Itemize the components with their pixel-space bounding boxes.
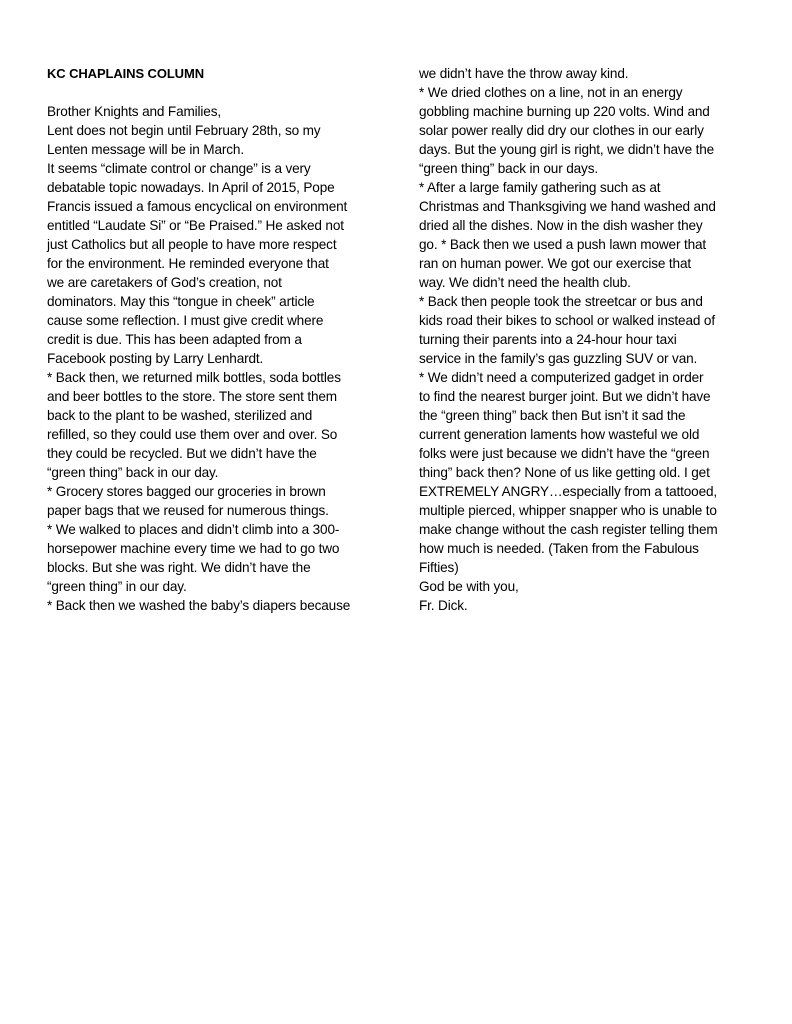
text-line: It seems “climate control or change” is … bbox=[47, 159, 377, 178]
text-line: * We dried clothes on a line, not in an … bbox=[419, 83, 759, 102]
text-line: Christmas and Thanksgiving we hand washe… bbox=[419, 197, 759, 216]
text-line: * Grocery stores bagged our groceries in… bbox=[47, 482, 377, 501]
text-line: Fifties) bbox=[419, 558, 759, 577]
signature: Fr. Dick. bbox=[419, 596, 759, 615]
text-line: * We didn’t need a computerized gadget i… bbox=[419, 368, 759, 387]
text-line: horsepower machine every time we had to … bbox=[47, 539, 377, 558]
text-line: * Back then, we returned milk bottles, s… bbox=[47, 368, 377, 387]
text-line: they could be recycled. But we didn’t ha… bbox=[47, 444, 377, 463]
text-line: and beer bottles to the store. The store… bbox=[47, 387, 377, 406]
text-line: go. * Back then we used a push lawn mowe… bbox=[419, 235, 759, 254]
text-line: for the environment. He reminded everyon… bbox=[47, 254, 377, 273]
text-line: back to the plant to be washed, steriliz… bbox=[47, 406, 377, 425]
text-line: we didn’t have the throw away kind. bbox=[419, 64, 759, 83]
text-line: just Catholics but all people to have mo… bbox=[47, 235, 377, 254]
title-spacer bbox=[47, 83, 377, 102]
right-column: we didn’t have the throw away kind. * We… bbox=[419, 64, 759, 615]
text-line: dried all the dishes. Now in the dish wa… bbox=[419, 216, 759, 235]
text-line: “green thing” in our day. bbox=[47, 577, 377, 596]
text-line: we are caretakers of God’s creation, not bbox=[47, 273, 377, 292]
text-line: Facebook posting by Larry Lenhardt. bbox=[47, 349, 377, 368]
closing-line: God be with you, bbox=[419, 577, 759, 596]
left-column: KC CHAPLAINS COLUMN Brother Knights and … bbox=[47, 64, 377, 615]
text-line: how much is needed. (Taken from the Fabu… bbox=[419, 539, 759, 558]
text-line: solar power really did dry our clothes i… bbox=[419, 121, 759, 140]
text-line: to find the nearest burger joint. But we… bbox=[419, 387, 759, 406]
text-line: EXTREMELY ANGRY…especially from a tattoo… bbox=[419, 482, 759, 501]
text-line: service in the family’s gas guzzling SUV… bbox=[419, 349, 759, 368]
text-line: * Back then we washed the baby’s diapers… bbox=[47, 596, 377, 615]
text-line: debatable topic nowadays. In April of 20… bbox=[47, 178, 377, 197]
text-line: cause some reflection. I must give credi… bbox=[47, 311, 377, 330]
text-line: dominators. May this “tongue in cheek” a… bbox=[47, 292, 377, 311]
text-line: blocks. But she was right. We didn’t hav… bbox=[47, 558, 377, 577]
text-line: Brother Knights and Families, bbox=[47, 102, 377, 121]
column-title: KC CHAPLAINS COLUMN bbox=[47, 64, 377, 83]
text-line: refilled, so they could use them over an… bbox=[47, 425, 377, 444]
text-line: * Back then people took the streetcar or… bbox=[419, 292, 759, 311]
text-line: multiple pierced, whipper snapper who is… bbox=[419, 501, 759, 520]
text-line: ran on human power. We got our exercise … bbox=[419, 254, 759, 273]
text-line: gobbling machine burning up 220 volts. W… bbox=[419, 102, 759, 121]
text-line: entitled “Laudate Si” or “Be Praised.” H… bbox=[47, 216, 377, 235]
text-line: “green thing” back in our day. bbox=[47, 463, 377, 482]
text-line: * We walked to places and didn’t climb i… bbox=[47, 520, 377, 539]
text-line: folks were just because we didn’t have t… bbox=[419, 444, 759, 463]
text-line: thing” back then? None of us like gettin… bbox=[419, 463, 759, 482]
text-line: Francis issued a famous encyclical on en… bbox=[47, 197, 377, 216]
text-line: kids road their bikes to school or walke… bbox=[419, 311, 759, 330]
text-line: paper bags that we reused for numerous t… bbox=[47, 501, 377, 520]
text-line: * After a large family gathering such as… bbox=[419, 178, 759, 197]
text-line: days. But the young girl is right, we di… bbox=[419, 140, 759, 159]
text-line: the “green thing” back then But isn’t it… bbox=[419, 406, 759, 425]
text-line: Lenten message will be in March. bbox=[47, 140, 377, 159]
text-line: Lent does not begin until February 28th,… bbox=[47, 121, 377, 140]
text-line: way. We didn’t need the health club. bbox=[419, 273, 759, 292]
text-line: turning their parents into a 24-hour hou… bbox=[419, 330, 759, 349]
text-line: “green thing” back in our days. bbox=[419, 159, 759, 178]
text-line: make change without the cash register te… bbox=[419, 520, 759, 539]
text-line: credit is due. This has been adapted fro… bbox=[47, 330, 377, 349]
text-line: current generation laments how wasteful … bbox=[419, 425, 759, 444]
